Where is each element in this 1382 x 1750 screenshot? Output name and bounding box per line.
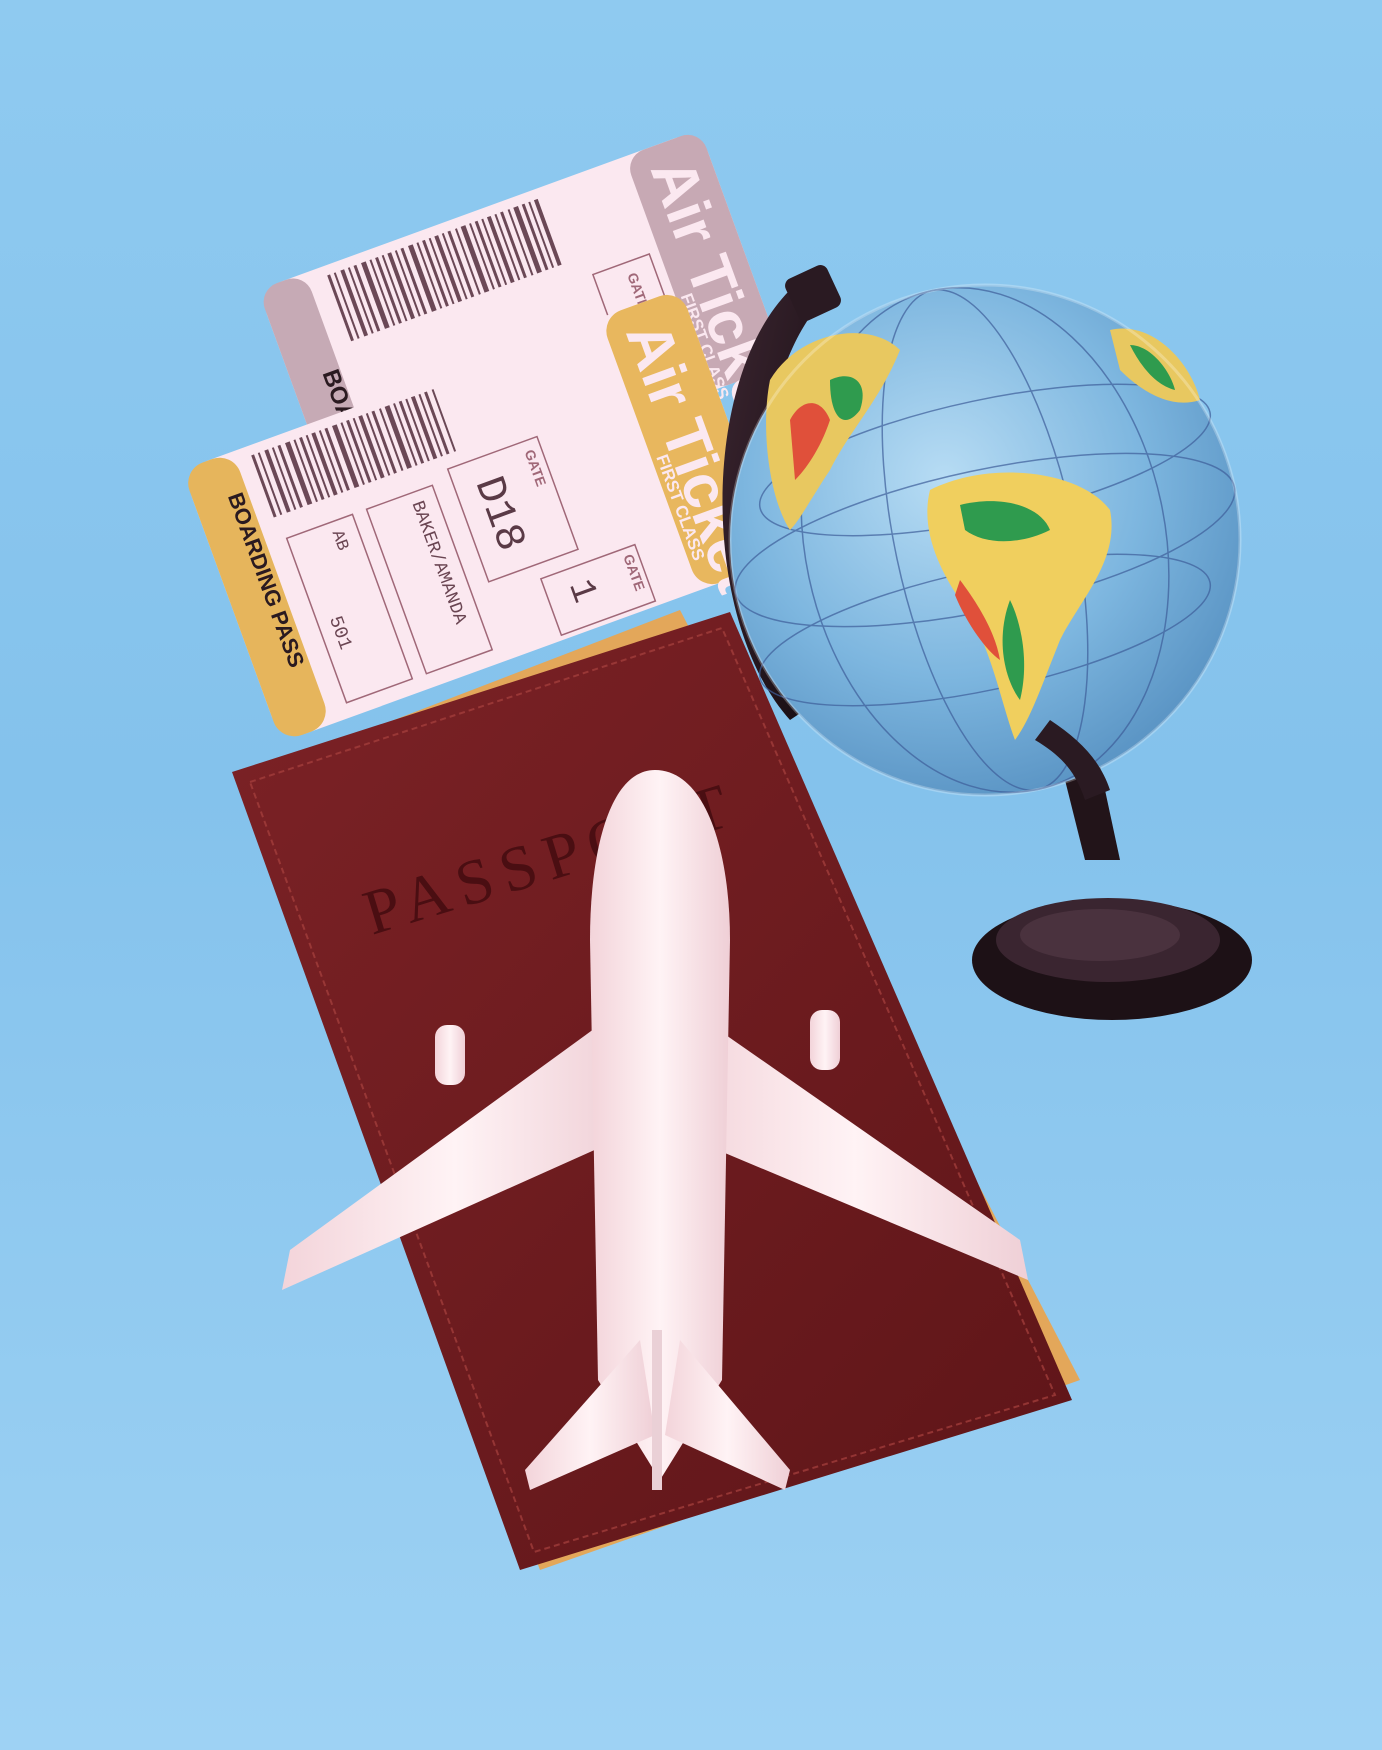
photo-canvas: GATE Air Ticket FIRST CLASS BOARDING PAS… bbox=[0, 0, 1382, 1750]
travel-photo: GATE Air Ticket FIRST CLASS BOARDING PAS… bbox=[0, 0, 1382, 1750]
globe bbox=[721, 253, 1249, 827]
